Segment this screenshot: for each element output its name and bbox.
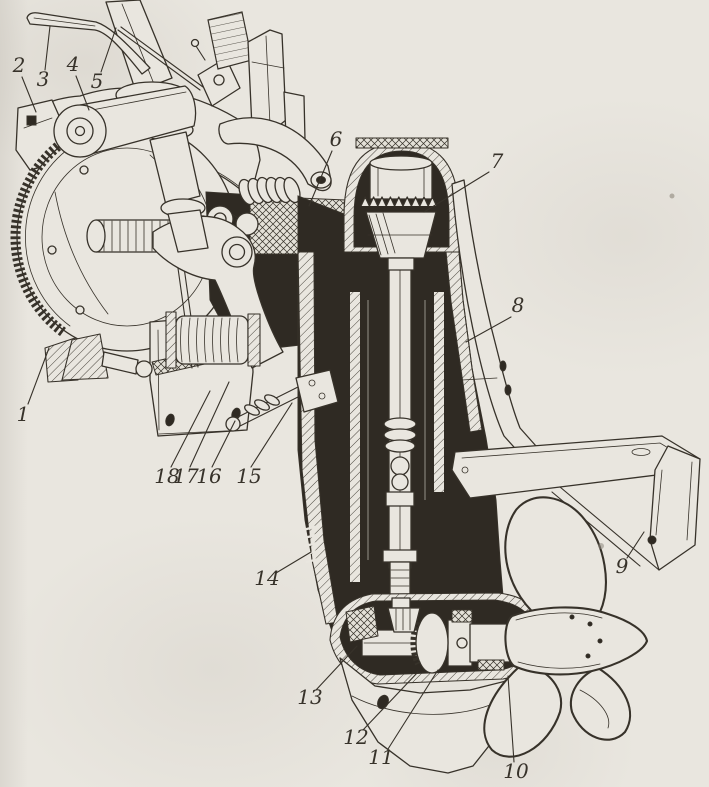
callout-label-7: 7 xyxy=(491,149,504,173)
callout-label-4: 4 xyxy=(66,52,80,76)
scan-speck xyxy=(670,194,675,199)
callout-leader-3 xyxy=(45,26,50,70)
callout-label-15: 15 xyxy=(236,464,261,488)
callout-label-18: 18 xyxy=(154,464,179,488)
bellows-spring xyxy=(166,312,260,368)
callout-label-2: 2 xyxy=(12,53,26,77)
outboard-motor-cutaway-figure: 123456789101112131415161718 xyxy=(0,0,709,787)
driveshaft-u-joint xyxy=(391,457,409,475)
callout-leader-1 xyxy=(28,348,49,404)
propeller-blade-lower-right xyxy=(571,668,630,740)
crown-gear-teeth xyxy=(361,197,437,206)
callout-label-12: 12 xyxy=(343,725,368,749)
scan-speck xyxy=(598,543,604,549)
callout-label-6: 6 xyxy=(330,127,343,151)
upper-gear-housing xyxy=(344,138,459,270)
flywheel-magneto-drum xyxy=(370,156,432,199)
callout-label-5: 5 xyxy=(91,69,104,93)
water-pump xyxy=(346,606,378,642)
callout-label-1: 1 xyxy=(17,402,30,426)
callout-label-13: 13 xyxy=(297,685,322,709)
callout-label-9: 9 xyxy=(616,554,629,578)
callout-leader-14 xyxy=(276,552,311,573)
callout-label-10: 10 xyxy=(503,759,529,783)
propeller-hub-spinner xyxy=(505,607,647,674)
callout-label-16: 16 xyxy=(196,464,222,488)
transom-board-section xyxy=(208,12,252,69)
callout-label-11: 11 xyxy=(368,745,393,769)
propeller xyxy=(484,497,647,756)
callout-label-14: 14 xyxy=(254,566,279,590)
scanned-book-page: 123456789101112131415161718 xyxy=(0,0,709,787)
coupling-spring xyxy=(236,175,303,206)
callout-label-8: 8 xyxy=(512,293,525,317)
callout-label-3: 3 xyxy=(37,67,50,91)
